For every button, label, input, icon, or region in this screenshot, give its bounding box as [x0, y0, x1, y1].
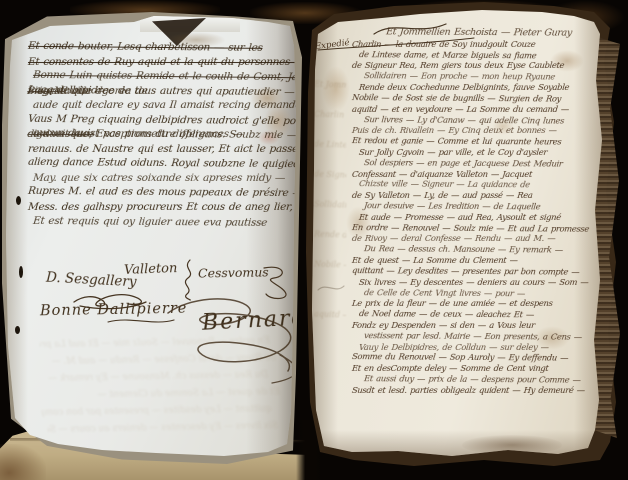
- manuscript-line: de Sy Valleton — Ly, de — aud passé — Re…: [351, 190, 604, 201]
- cover-corner-shadow: [0, 444, 46, 480]
- manuscript-line: Sol despiers — en page et Jacquese Dest …: [351, 157, 604, 170]
- ink-showthrough: aquitd — et en veydoure — La Somme du ce…: [314, 309, 346, 321]
- manuscript-line: Sur Jolly Cgvoin — par ville, et le Coy …: [351, 147, 604, 158]
- manuscript-line: Et est requis qui oy liguier auee eva pa…: [27, 213, 292, 230]
- manuscript-line: Et aude — Promesse — aud Rea, Aysoult et…: [351, 212, 604, 223]
- manuscript-line: Six livres — Ey descentes — deniers au c…: [351, 277, 604, 288]
- right-page: Expedié Et Jommellien Eschoista — Pieter…: [312, 10, 606, 460]
- manuscript-line: Jour desuive — Les Iredition — de Laquel…: [351, 200, 604, 213]
- manuscript-line: Et Jommellien Eschoista — Pieter Guray: [351, 27, 604, 40]
- manuscript-line: aude quit declare ey sava Il amaist reci…: [27, 98, 292, 113]
- manuscript-line: Et aussi duy — prix de la — despens pour…: [351, 373, 604, 386]
- ink-showthrough: Sollidairen — Eon proche — mon heup Ryau…: [314, 199, 346, 211]
- ink-showthrough: Six livres — Ey descentes — deniers au c…: [48, 421, 278, 437]
- manuscript-line: Lacq delbipidree de tous autres qui apau…: [27, 82, 292, 99]
- manuscript-line: Et conde bouter, Lesq charbetisson — sur…: [27, 39, 292, 56]
- ink-showthrough: Charlin — la douaire de Soy inudgoult Co…: [314, 109, 346, 121]
- edge-speck: [15, 326, 20, 334]
- ink-showthrough: quittant — Ley desdites — presentes par …: [42, 404, 272, 420]
- edge-speck: [16, 196, 21, 205]
- manuscript-line: alieng dance Estud oiduns. Royal soubzne…: [27, 155, 292, 172]
- ink-showthrough: de Lintese dame, et Marze biguels sa fia…: [314, 139, 346, 151]
- manuscript-line: Fondz ey Despenden — si den — a Vous leu…: [351, 320, 604, 331]
- edge-speck: [19, 266, 23, 278]
- manuscript-line: Et redou et ganie — Comme et lui quarant…: [351, 135, 604, 148]
- manuscript-line: Et de quest — La Somme du Clement —: [351, 255, 604, 266]
- manuscript-line: de Noel dame — de ceux — aleachez Et —: [351, 308, 604, 321]
- left-page: Et conde bouter, Lesq charbetisson — sur…: [6, 16, 298, 462]
- ink-showthrough: Rende deux Cochedunne Delbignints, fauve…: [314, 229, 346, 241]
- margin-scribble: [316, 278, 346, 296]
- manuscript-photo: Et conde bouter, Lesq charbetisson — sur…: [0, 0, 628, 480]
- ink-showthrough: de Signeur Rea, Rem giers tous deux Eyse…: [314, 169, 346, 181]
- manuscript-line: Et en desCompte deley — Somme de Cent vi…: [351, 363, 604, 374]
- manuscript-line: Rende deux Cochedunne Delbignints, fauve…: [351, 82, 604, 93]
- manuscript-line: Charlin — la douaire de Soy inudgoult Co…: [351, 39, 604, 50]
- manuscript-line: aquitd — et en veydoure — La Somme du ce…: [351, 104, 604, 115]
- manuscript-line: aucun dauist pas promettre obligans. Sou…: [27, 126, 292, 143]
- page-stack-edge: [594, 36, 620, 438]
- manuscript-line: Rupres M. el aud es des mous papeaux de …: [27, 184, 292, 201]
- manuscript-line: Et consentes de Ruy aquid et la quit du …: [27, 55, 292, 70]
- manuscript-line: Nobile — de Sost sie de bugnills — Surgi…: [351, 92, 604, 105]
- manuscript-line: vestissent par lesd. Mairie — Eon presen…: [351, 330, 604, 343]
- left-page-text-block: Et conde bouter, Lesq charbetisson — sur…: [28, 40, 292, 229]
- right-page-text-block: Et Jommellien Eschoista — Pieter Guray C…: [352, 28, 604, 396]
- manuscript-line: quittant — Ley desdites — presentes par …: [351, 265, 604, 278]
- manuscript-line: Susdt et lesd. parties obligealz quident…: [351, 385, 604, 396]
- manuscript-line: Mess. des galhspy procureurs Et cous de …: [27, 200, 292, 215]
- ink-showthrough: Nobile — de Sost sie de bugnills — Surgi…: [314, 259, 346, 271]
- ink-showthrough: Et Jommellien Eschoista — Pieter Guray: [314, 79, 346, 91]
